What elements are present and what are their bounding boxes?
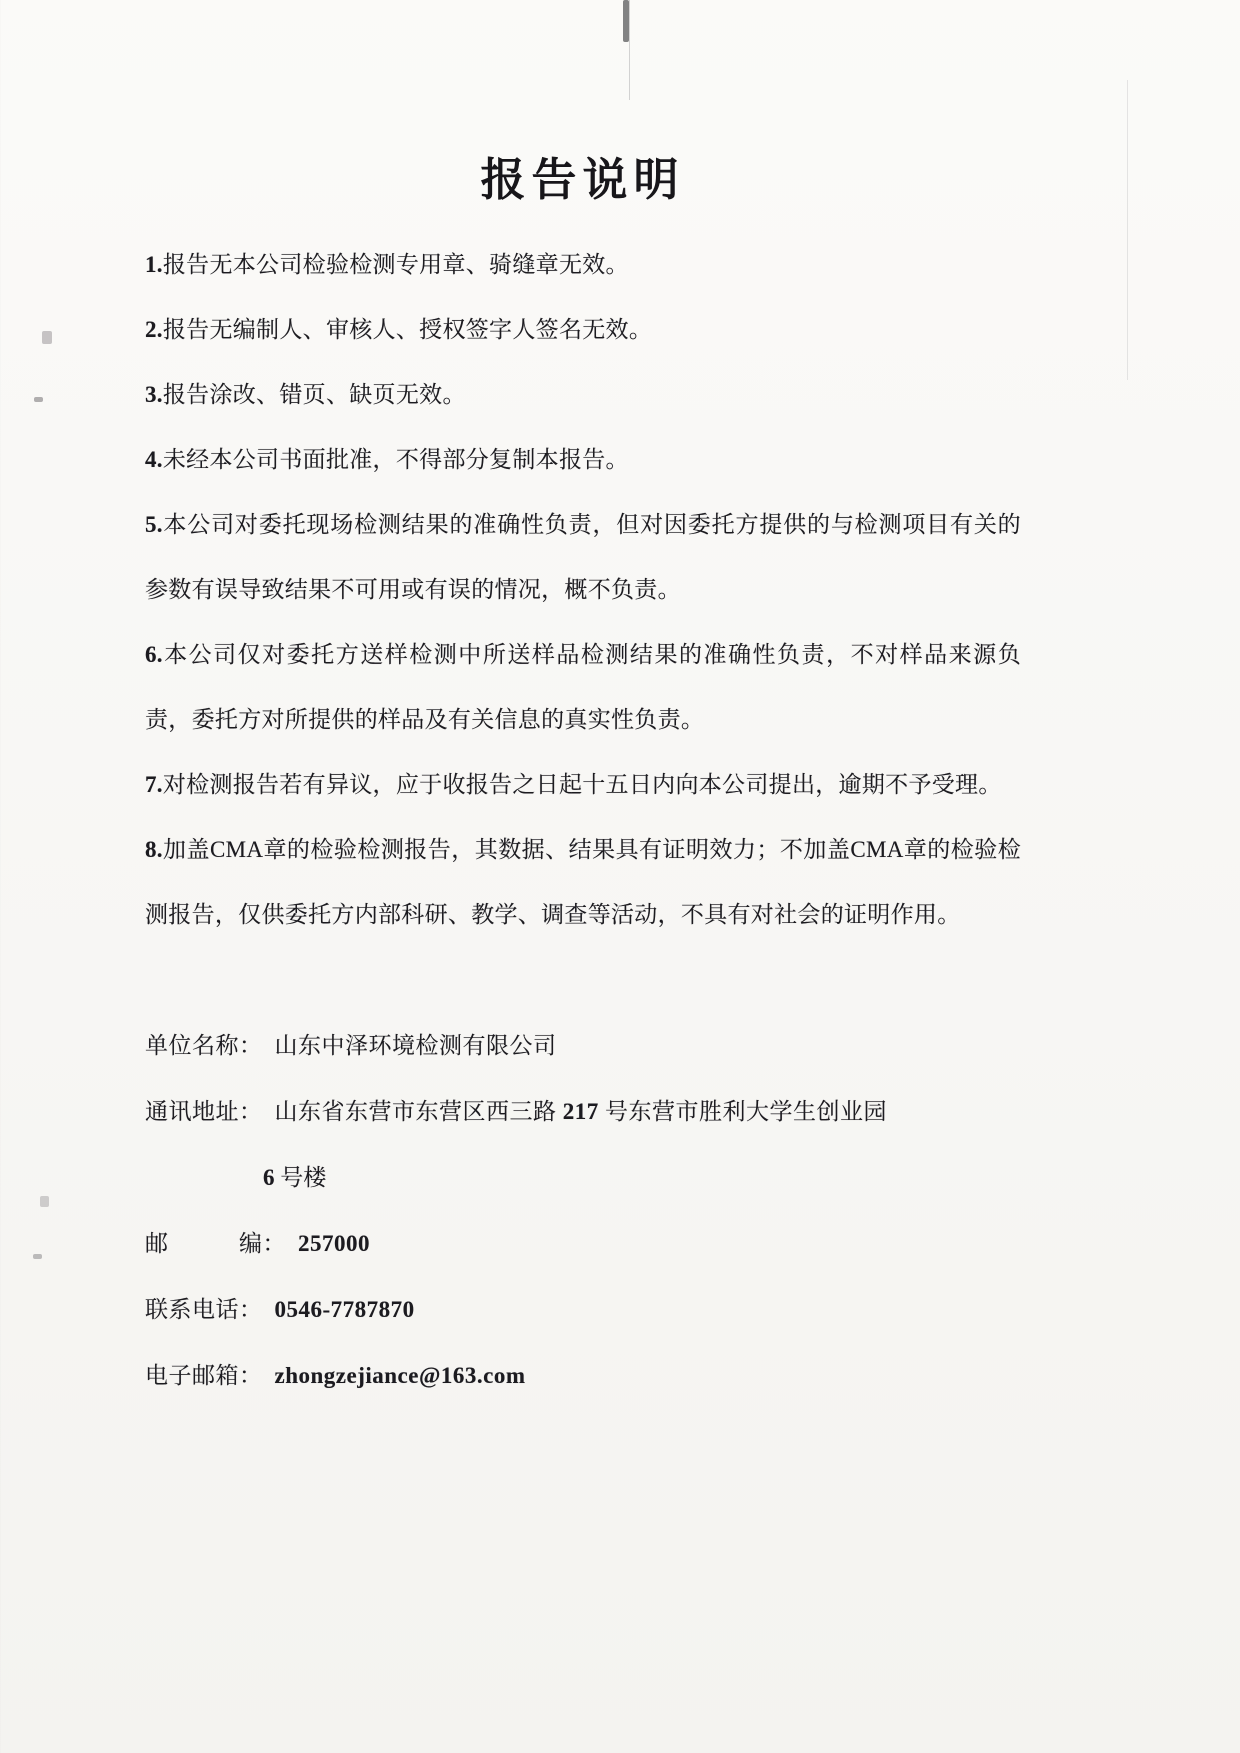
note-item-5-text: 本公司对委托现场检测结果的准确性负责，但对因委托方提供的与检测项目有关的参数有误… xyxy=(145,512,1021,602)
note-item-7: 7.对检测报告若有异议，应于收报告之日起十五日内向本公司提出，逾期不予受理。 xyxy=(145,752,1021,817)
contact-company-row: 单位名称：山东中泽环境检测有限公司 xyxy=(145,1013,1021,1079)
note-item-5-number: 5. xyxy=(145,512,163,537)
address-value-pre: 山东省东营市东营区西三路 xyxy=(275,1099,563,1124)
note-item-3: 3.报告涂改、错页、缺页无效。 xyxy=(145,362,1021,427)
note-item-4: 4.未经本公司书面批准，不得部分复制本报告。 xyxy=(145,427,1021,492)
building-number: 6 xyxy=(263,1165,275,1190)
scan-speck-3 xyxy=(40,1196,49,1207)
note-item-4-text: 未经本公司书面批准，不得部分复制本报告。 xyxy=(163,447,629,472)
note-item-1-number: 1. xyxy=(145,252,163,277)
scan-artifact-top-line xyxy=(629,0,630,100)
contact-address-row-2: 6 号楼 xyxy=(145,1145,1021,1211)
scan-speck-4 xyxy=(33,1254,42,1259)
note-item-4-number: 4. xyxy=(145,447,163,472)
address-label: 通讯地址： xyxy=(145,1099,263,1124)
phone-value: 0546-7787870 xyxy=(275,1297,415,1322)
building-label: 号楼 xyxy=(275,1165,327,1190)
email-label: 电子邮箱： xyxy=(145,1363,263,1388)
note-item-3-text: 报告涂改、错页、缺页无效。 xyxy=(163,382,466,407)
note-item-3-number: 3. xyxy=(145,382,163,407)
note-item-7-text: 对检测报告若有异议，应于收报告之日起十五日内向本公司提出，逾期不予受理。 xyxy=(163,772,1002,797)
note-item-2: 2.报告无编制人、审核人、授权签字人签名无效。 xyxy=(145,297,1021,362)
scan-speck-2 xyxy=(34,397,43,402)
contact-phone-row: 联系电话：0546-7787870 xyxy=(145,1277,1021,1343)
address-value: 山东省东营市东营区西三路 217 号东营市胜利大学生创业园 xyxy=(275,1099,888,1124)
address-street-number: 217 xyxy=(563,1099,599,1124)
contact-info-block: 单位名称：山东中泽环境检测有限公司 通讯地址：山东省东营市东营区西三路 217 … xyxy=(145,1013,1021,1409)
note-item-8-number: 8. xyxy=(145,837,163,862)
scan-artifact-top-mark xyxy=(623,0,629,42)
note-item-5: 5.本公司对委托现场检测结果的准确性负责，但对因委托方提供的与检测项目有关的参数… xyxy=(145,492,1021,622)
note-item-2-text: 报告无编制人、审核人、授权签字人签名无效。 xyxy=(163,317,652,342)
contact-email-row: 电子邮箱：zhongzejiance@163.com xyxy=(145,1343,1021,1409)
scan-artifact-right-line xyxy=(1127,80,1128,380)
company-name-value: 山东中泽环境检测有限公司 xyxy=(275,1033,557,1058)
note-item-8-text: 加盖CMA章的检验检测报告，其数据、结果具有证明效力；不加盖CMA章的检验检测报… xyxy=(145,837,1021,927)
note-item-6-text: 本公司仅对委托方送样检测中所送样品检测结果的准确性负责，不对样品来源负责，委托方… xyxy=(145,642,1021,732)
zip-label: 邮 编： xyxy=(145,1231,286,1256)
scan-speck-1 xyxy=(42,331,52,344)
address-value-post: 号东营市胜利大学生创业园 xyxy=(599,1099,887,1124)
email-value: zhongzejiance@163.com xyxy=(275,1363,526,1388)
report-notes-list: 1.报告无本公司检验检测专用章、骑缝章无效。 2.报告无编制人、审核人、授权签字… xyxy=(145,232,1021,947)
phone-label: 联系电话： xyxy=(145,1297,263,1322)
note-item-1: 1.报告无本公司检验检测专用章、骑缝章无效。 xyxy=(145,232,1021,297)
note-item-6-number: 6. xyxy=(145,642,163,667)
zip-value: 257000 xyxy=(298,1231,370,1256)
company-name-label: 单位名称： xyxy=(145,1033,263,1058)
note-item-2-number: 2. xyxy=(145,317,163,342)
note-item-8: 8.加盖CMA章的检验检测报告，其数据、结果具有证明效力；不加盖CMA章的检验检… xyxy=(145,817,1021,947)
page-title: 报告说明 xyxy=(145,143,1020,208)
note-item-7-number: 7. xyxy=(145,772,163,797)
contact-zip-row: 邮 编：257000 xyxy=(145,1211,1021,1277)
scanned-report-page: 报告说明 1.报告无本公司检验检测专用章、骑缝章无效。 2.报告无编制人、审核人… xyxy=(0,0,1240,1753)
contact-address-row: 通讯地址：山东省东营市东营区西三路 217 号东营市胜利大学生创业园 xyxy=(145,1079,1021,1145)
note-item-6: 6.本公司仅对委托方送样检测中所送样品检测结果的准确性负责，不对样品来源负责，委… xyxy=(145,622,1021,752)
note-item-1-text: 报告无本公司检验检测专用章、骑缝章无效。 xyxy=(163,252,629,277)
